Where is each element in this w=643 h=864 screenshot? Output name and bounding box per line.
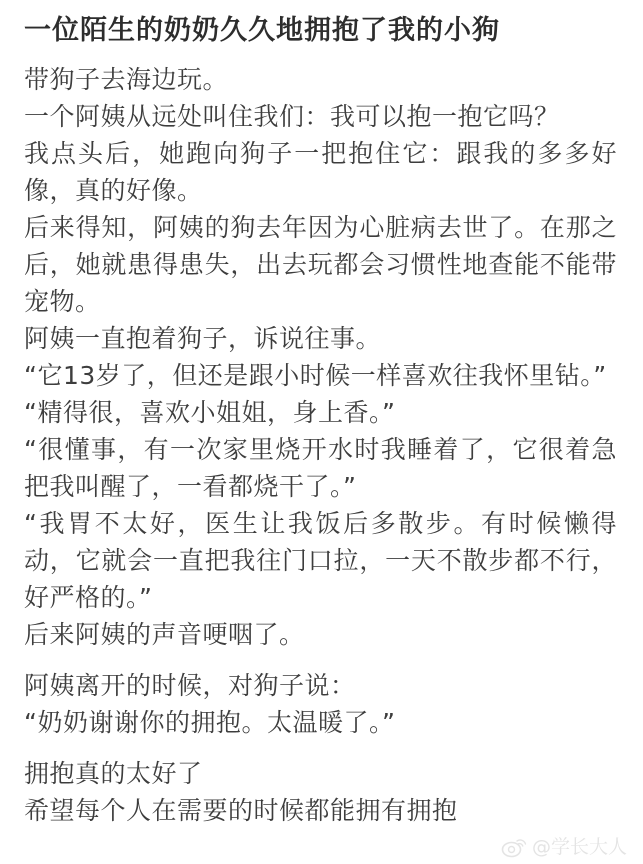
story-paragraph: 一个阿姨从远处叫住我们：我可以抱一抱它吗？: [24, 98, 617, 135]
story-section-closing: 拥抱真的太好了 希望每个人在需要的时候都能拥有拥抱: [24, 755, 617, 829]
story-paragraph: 我点头后，她跑向狗子一把抱住它：跟我的多多好像，真的好像。: [24, 135, 617, 209]
story-paragraph-quote: “它13岁了，但还是跟小时候一样喜欢往我怀里钻。”: [24, 357, 617, 394]
story-paragraph: 阿姨离开的时候，对狗子说：: [24, 667, 617, 704]
story-paragraph: 阿姨一直抱着狗子，诉说往事。: [24, 320, 617, 357]
story-paragraph: 希望每个人在需要的时候都能拥有拥抱: [24, 792, 617, 829]
story-paragraph: 后来阿姨的声音哽咽了。: [24, 616, 617, 653]
weibo-logo-icon: [501, 836, 527, 858]
watermark: @学长大人: [501, 836, 627, 858]
story-paragraph-quote: “精得很，喜欢小姐姐，身上香。”: [24, 394, 617, 431]
story-section-main: 带狗子去海边玩。 一个阿姨从远处叫住我们：我可以抱一抱它吗？ 我点头后，她跑向狗…: [24, 61, 617, 653]
story-paragraph: 后来得知，阿姨的狗去年因为心脏病去世了。在那之后，她就患得患失，出去玩都会习惯性…: [24, 209, 617, 320]
story-paragraph-quote: “奶奶谢谢你的拥抱。太温暖了。”: [24, 704, 617, 741]
story-paragraph-quote: “我胃不太好，医生让我饭后多散步。有时候懒得动，它就会一直把我往门口拉，一天不散…: [24, 505, 617, 616]
watermark-handle: @学长大人: [532, 838, 627, 857]
story-paragraph-quote: “很懂事，有一次家里烧开水时我睡着了，它很着急把我叫醒了，一看都烧干了。”: [24, 431, 617, 505]
post-page: 一位陌生的奶奶久久地拥抱了我的小狗 带狗子去海边玩。 一个阿姨从远处叫住我们：我…: [0, 0, 643, 864]
story-paragraph: 拥抱真的太好了: [24, 755, 617, 792]
post-title: 一位陌生的奶奶久久地拥抱了我的小狗: [24, 10, 617, 52]
story-paragraph: 带狗子去海边玩。: [24, 61, 617, 98]
story-section-farewell: 阿姨离开的时候，对狗子说： “奶奶谢谢你的拥抱。太温暖了。”: [24, 667, 617, 741]
post-body: 带狗子去海边玩。 一个阿姨从远处叫住我们：我可以抱一抱它吗？ 我点头后，她跑向狗…: [24, 61, 617, 829]
